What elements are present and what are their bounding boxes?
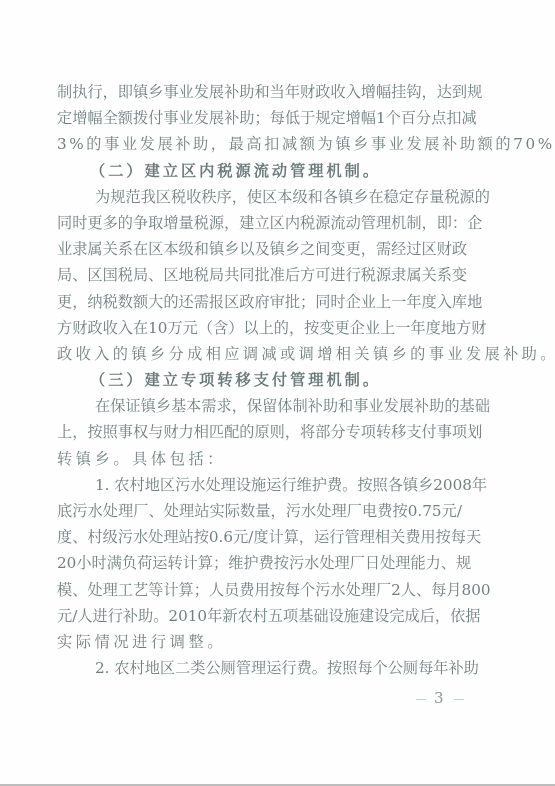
paragraph-line: 定增幅全额拨付事业发展补助；每低于规定增幅1个百分点扣减 [57,105,462,131]
document-page: 制执行，即镇乡事业发展补助和当年财政收入增幅挂钩，达到规 定增幅全额拨付事业发展… [0,0,555,786]
paragraph-line: 局、区国税局、区地税局共同批准后方可进行税源隶属关系变 [57,262,462,288]
paragraph-line: 3%的事业发展补助，最高扣减额为镇乡事业发展补助额的70%。 [57,131,467,157]
paragraph-line: 转镇乡。具体包括： [57,446,467,472]
section-heading-3: （三）建立专项转移支付管理机制。 [57,367,467,393]
paragraph-line: 实际情况进行调整。 [57,629,467,655]
dash-decoration [416,699,426,700]
paragraph-line: 20小时满负荷运转计算；维护费按污水处理厂日处理能力、规 [57,550,462,576]
list-item-1-line: 1. 农村地区污水处理设施运行维护费。按照各镇乡2008年 [57,472,462,498]
paragraph-line: 方财政收入在10万元（含）以上的，按变更企业上一年度地方财 [57,315,462,341]
list-item-2-line: 2. 农村地区二类公厕管理运行费。按照每个公厕每年补助 [57,655,462,681]
paragraph-line: 元/人进行补助。2010年新农村五项基础设施建设完成后，依据 [57,603,462,629]
paragraph-line: 业隶属关系在区本级和镇乡以及镇乡之间变更，需经过区财政 [57,236,462,262]
paragraph-line: 模、处理工艺等计算；人员费用按每个污水处理厂2人、每月800 [57,577,462,603]
paragraph-line: 在保证镇乡基本需求，保留体制补助和事业发展补助的基础 [57,393,462,419]
dash-decoration [454,699,464,700]
paragraph-line: 同时更多的争取增量税源，建立区内税源流动管理机制，即：企 [57,210,462,236]
paragraph-line: 制执行，即镇乡事业发展补助和当年财政收入增幅挂钩，达到规 [57,79,462,105]
section-heading-2: （二）建立区内税源流动管理机制。 [57,158,467,184]
document-body: 制执行，即镇乡事业发展补助和当年财政收入增幅挂钩，达到规 定增幅全额拨付事业发展… [57,79,467,681]
paragraph-line: 政收入的镇乡分成相应调减或调增相关镇乡的事业发展补助。 [57,341,467,367]
page-number: 3 [408,689,472,707]
paragraph-line: 底污水处理厂、处理站实际数量，污水处理厂电费按0.75元/ [57,498,462,524]
paragraph-line: 上，按照事权与财力相匹配的原则，将部分专项转移支付事项划 [57,419,462,445]
page-number-value: 3 [434,689,446,707]
paragraph-line: 更，纳税数额大的还需报区政府审批；同时企业上一年度入库地 [57,289,462,315]
paragraph-line: 为规范我区税收秩序，使区本级和各镇乡在稳定存量税源的 [57,184,462,210]
paragraph-line: 度、村级污水处理站按0.6元/度计算，运行管理相关费用按每天 [57,524,462,550]
